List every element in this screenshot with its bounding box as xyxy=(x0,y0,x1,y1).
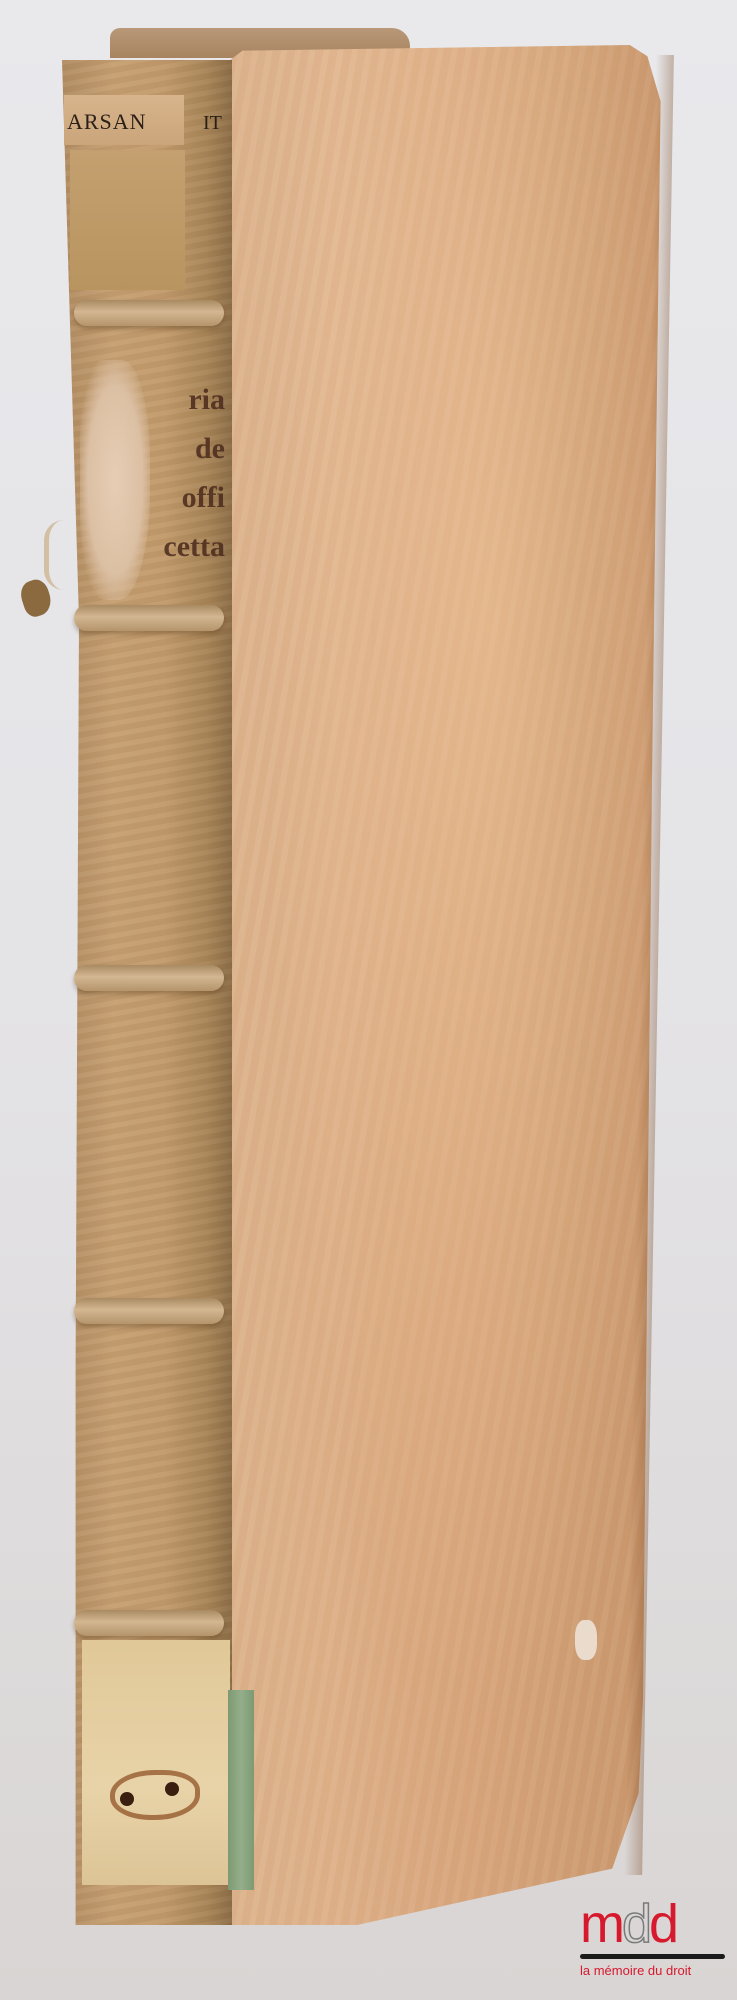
spine-title-line: de xyxy=(135,424,225,473)
logo-letter-m: m xyxy=(580,1894,622,1954)
spine-raised-band xyxy=(74,1298,224,1324)
spine-author-text: ARSAN xyxy=(67,109,147,135)
spine-title-line: cetta xyxy=(135,522,225,571)
spine-raised-band xyxy=(74,965,224,991)
book-photograph: ARSAN IT ria de offi cetta xyxy=(0,0,737,2000)
logo-tagline: la mémoire du droit xyxy=(580,1963,730,1978)
green-label-strip xyxy=(228,1690,254,1890)
spine-title: ria de offi cetta xyxy=(135,375,225,571)
ink-stain-dot xyxy=(165,1782,179,1796)
logo-letter-d: d xyxy=(649,1894,676,1954)
spine-title-line: offi xyxy=(135,473,225,522)
spine-raised-band xyxy=(74,1610,224,1636)
logo-letter-d-outline: d xyxy=(622,1894,649,1954)
hanging-tag-string xyxy=(44,520,71,590)
spine-lower-panel xyxy=(82,1640,230,1885)
logo-mark: mdd xyxy=(580,1900,730,1948)
logo-underline-bar xyxy=(580,1954,725,1959)
spine-upper-panel xyxy=(70,150,185,290)
cover-stain xyxy=(575,1620,597,1660)
spine-title-line: ria xyxy=(135,375,225,424)
spine-author-suffix: IT xyxy=(203,112,222,135)
spine-raised-band xyxy=(74,605,224,631)
ink-stain-dot xyxy=(120,1792,134,1806)
mdd-logo: mdd la mémoire du droit xyxy=(580,1900,730,1978)
spine-raised-band xyxy=(74,300,224,326)
book-front-cover xyxy=(225,45,665,1925)
